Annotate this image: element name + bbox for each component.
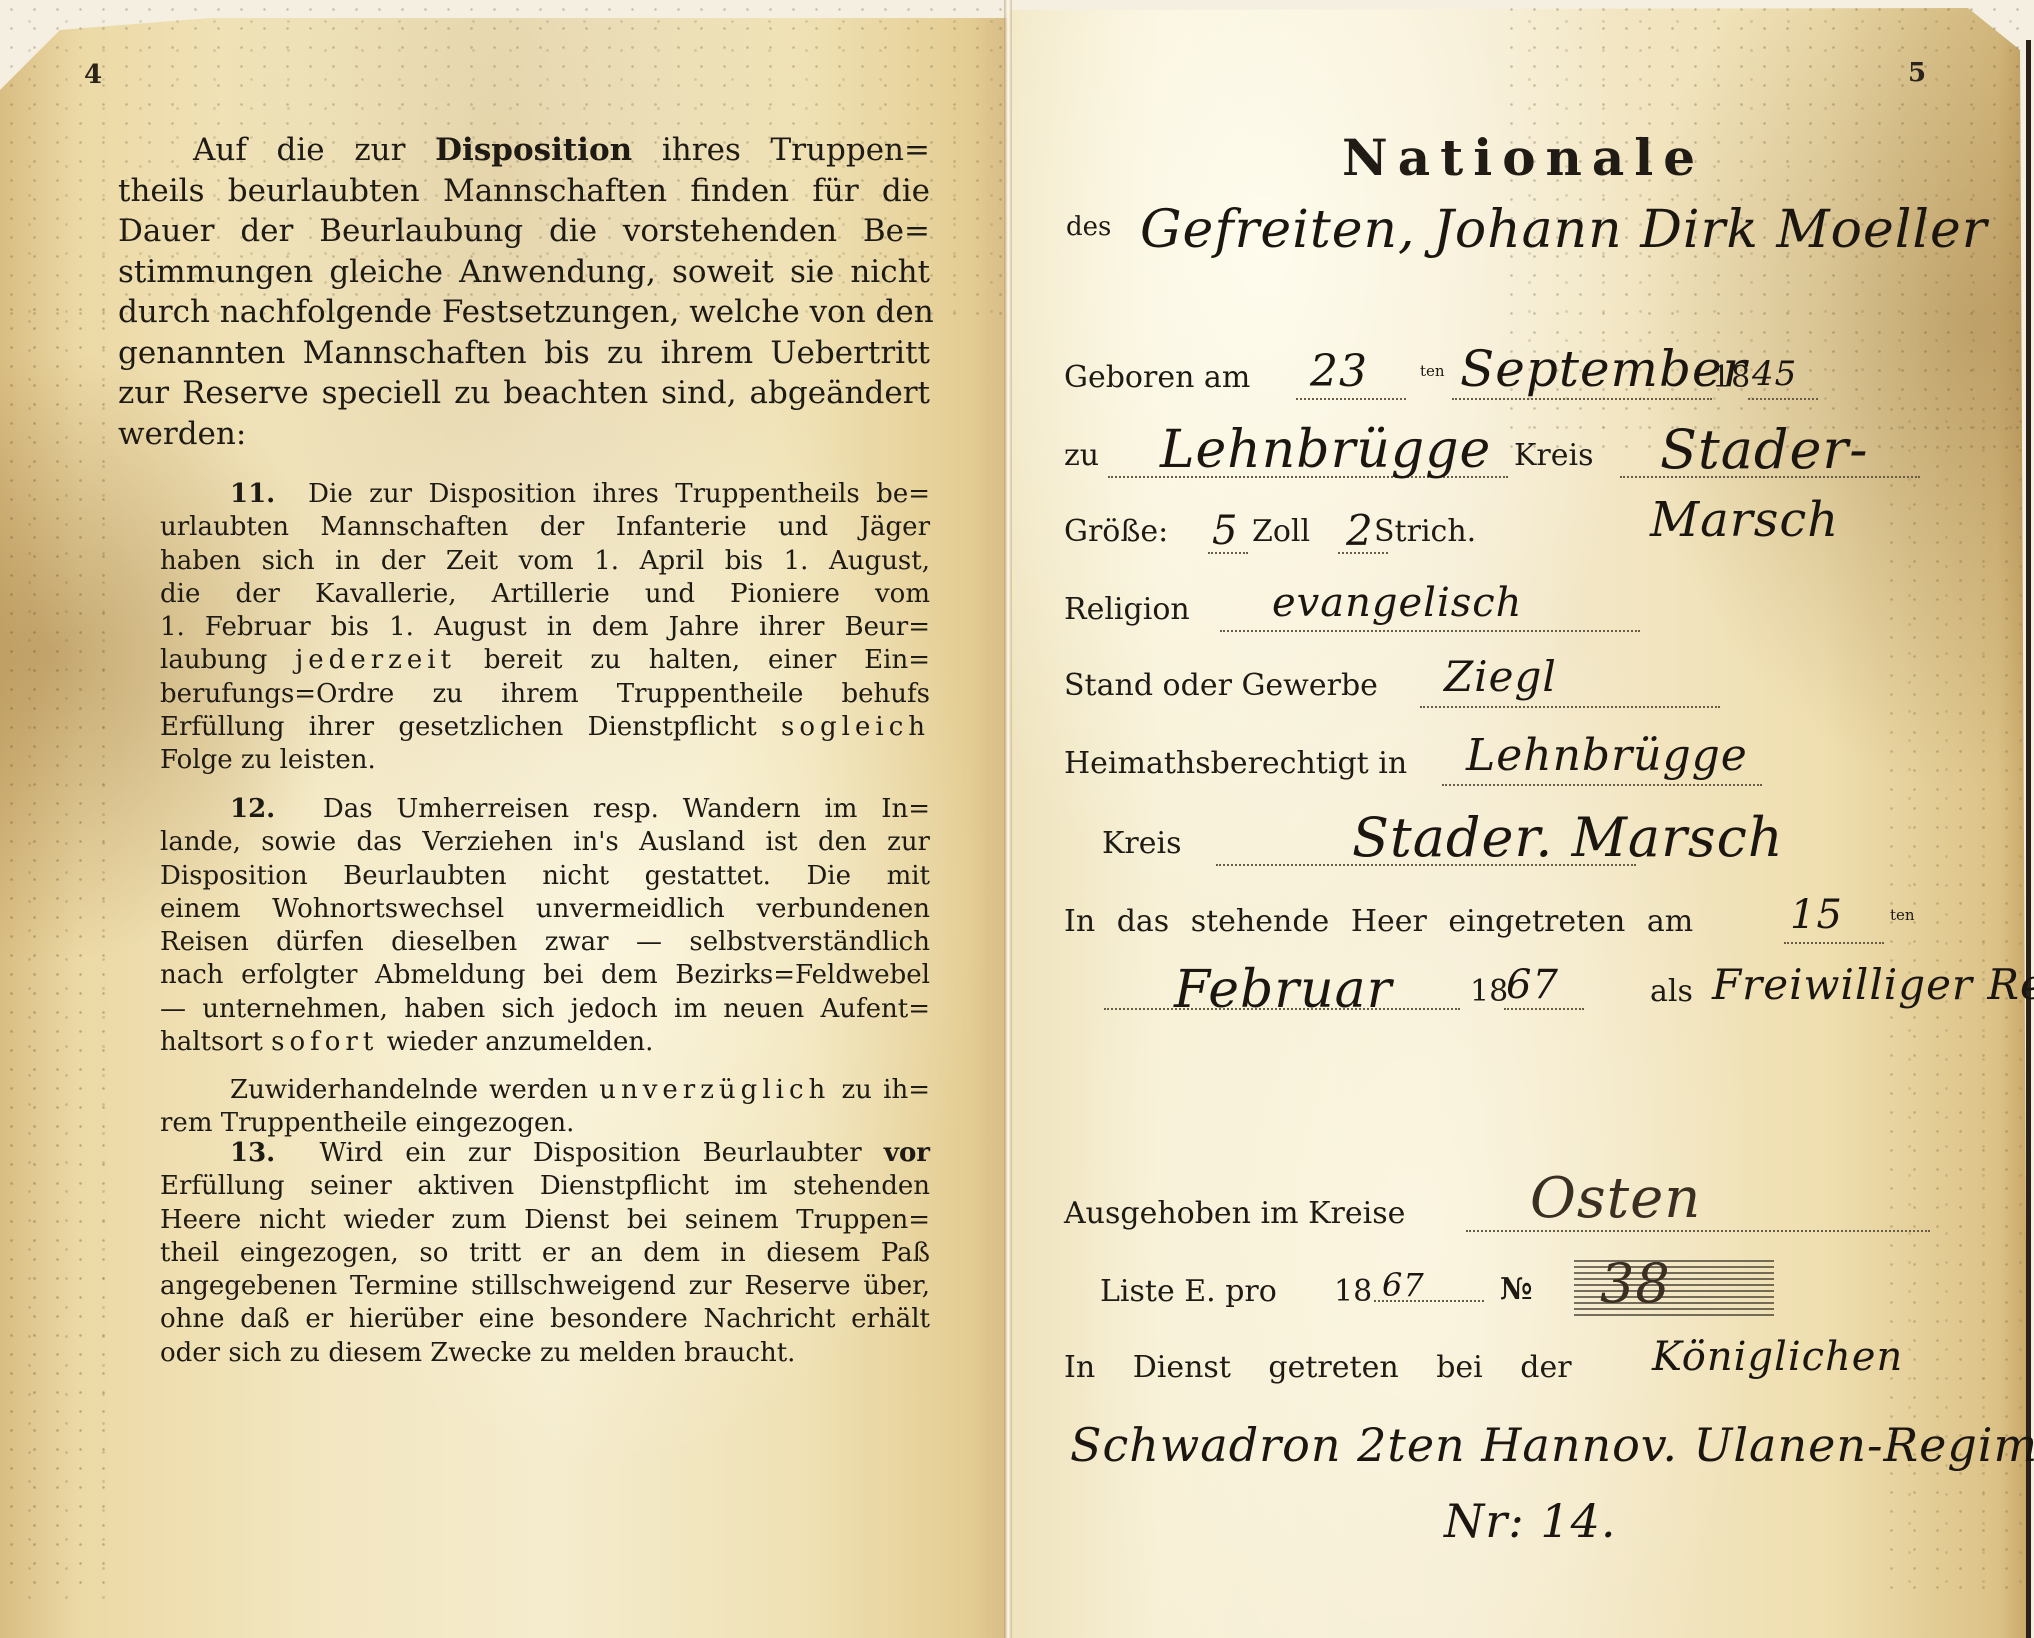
text-line: zur Reserve speciell zu beachten sind, a… — [118, 373, 930, 414]
text-line: 1. Februar bis 1. August in dem Jahre ih… — [160, 611, 930, 644]
text-line: die der Kavallerie, Artillerie und Pioni… — [160, 578, 930, 611]
text-line: — unternehmen, haben sich jedoch im neue… — [160, 993, 930, 1026]
handwritten-occupation: Ziegl — [1444, 652, 1557, 701]
intro-paragraph: Auf die zur Disposition ihres Truppen= t… — [118, 130, 930, 454]
year-prefix: 18 — [1712, 360, 1750, 395]
text-line: nach erfolgter Abmeldung bei dem Bezirks… — [160, 959, 930, 992]
text-line: rem Truppentheile eingezogen. — [160, 1107, 930, 1140]
text-line: Dauer der Beurlaubung die vorstehenden B… — [118, 211, 930, 252]
text-line: angegebenen Termine stillschweigend zur … — [160, 1270, 930, 1303]
handwritten-kreis: Stader- — [1660, 418, 1868, 481]
text-line: werden: — [118, 414, 930, 455]
text-line: oder sich zu diesem Zwecke zu melden bra… — [160, 1337, 930, 1370]
handwritten-ausgehoben: Osten — [1530, 1166, 1701, 1231]
text-line: haben sich in der Zeit vom 1. April bis … — [160, 545, 930, 578]
page-title: Nationale — [1342, 128, 1705, 187]
handwritten-heimath: Lehnbrügge — [1466, 730, 1748, 781]
handwritten-entry-day: 15 — [1790, 892, 1843, 938]
handwritten-birth-year: 45 — [1752, 354, 1797, 394]
text-line: Reisen dürfen dieselben zwar — selbstver… — [160, 926, 930, 959]
text-line: Auf die zur Disposition ihres Truppen= — [118, 130, 930, 171]
label-zoll: Zoll — [1252, 514, 1310, 549]
fill-line — [1748, 398, 1818, 400]
text-line: laubung jederzeit bereit zu halten, eine… — [160, 644, 930, 677]
text-line: Erfüllung seiner aktiven Dienstpflicht i… — [160, 1170, 930, 1203]
rule-number: 11. — [230, 479, 275, 509]
label-number: № — [1500, 1272, 1533, 1307]
suffix-ten: ten — [1420, 362, 1445, 380]
handwritten-religion: evangelisch — [1272, 580, 1522, 626]
book-spine — [1004, 0, 1012, 1638]
text-line: 11. Die zur Disposition ihres Truppenthe… — [160, 478, 930, 511]
label-strich: Strich. — [1374, 514, 1476, 549]
fill-line — [1504, 1008, 1584, 1010]
rule-number: 12. — [230, 794, 275, 824]
label-als: als — [1650, 974, 1693, 1009]
label-religion: Religion — [1064, 592, 1190, 627]
label-ausgehoben: Ausgehoben im Kreise — [1064, 1196, 1405, 1231]
fill-line — [1452, 398, 1712, 400]
handwritten-kreis-continued: Marsch — [1650, 492, 1839, 548]
suffix-ten: ten — [1890, 906, 1915, 924]
text-line: stimmungen gleiche Anwendung, soweit sie… — [118, 252, 930, 293]
handwritten-unit-line-3: Nr: 14. — [1444, 1494, 1617, 1548]
fill-line — [1784, 942, 1884, 944]
text-line: 12. Das Umherreisen resp. Wandern im In= — [160, 793, 930, 826]
handwritten-liste-year: 67 — [1382, 1266, 1425, 1304]
label-eingetreten: In das stehende Heer eingetreten am — [1064, 904, 1693, 939]
page-number-right: 5 — [1908, 58, 1926, 88]
rule-11: 11. Die zur Disposition ihres Truppenthe… — [160, 478, 930, 778]
handwritten-entry-month: Februar — [1174, 960, 1393, 1020]
text-line: haltsort sofort wieder anzumelden. — [160, 1026, 930, 1059]
label-geboren: Geboren am — [1064, 360, 1250, 395]
text-line: durch nachfolgende Festsetzungen, welche… — [118, 292, 930, 333]
text-line: lande, sowie das Verziehen in's Ausland … — [160, 826, 930, 859]
text-line: genannten Mannschaften bis zu ihrem Uebe… — [118, 333, 930, 374]
handwritten-name: Gefreiten, Johann Dirk Moeller — [1140, 200, 1988, 260]
text-line: berufungs=Ordre zu ihrem Truppentheile b… — [160, 678, 930, 711]
rule-12-addendum: Zuwiderhandelnde werden unverzüglich zu … — [160, 1074, 930, 1141]
label-heimath: Heimathsberechtigt in — [1064, 746, 1407, 781]
label-groesse: Größe: — [1064, 514, 1168, 549]
page-number-left: 4 — [84, 60, 102, 90]
handwritten-als: Freiwilliger Rekrut — [1712, 960, 2034, 1009]
text-line: Zuwiderhandelnde werden unverzüglich zu … — [160, 1074, 930, 1107]
fill-line — [1442, 784, 1762, 786]
text-line: 13. Wird ein zur Disposition Beurlaubter… — [160, 1137, 930, 1170]
label-zu: zu — [1064, 438, 1099, 473]
fill-line — [1296, 398, 1406, 400]
text-line: Erfüllung ihrer gesetzlichen Dienstpflic… — [160, 711, 930, 744]
handwritten-birthplace: Lehnbrügge — [1160, 420, 1491, 480]
handwritten-strich: 2 — [1346, 506, 1374, 555]
label-dienst: In Dienst getreten bei der — [1064, 1350, 1572, 1385]
label-kreis: Kreis — [1514, 438, 1594, 473]
text-line: theil eingezogen, so tritt er an dem in … — [160, 1237, 930, 1270]
text-line: Folge zu leisten. — [160, 744, 930, 777]
book-cover-edge — [2026, 40, 2031, 1638]
text-line: einem Wohnortswechsel unvermeidlich verb… — [160, 893, 930, 926]
handwritten-liste-number: 38 — [1600, 1252, 1671, 1315]
text-line: urlaubten Mannschaften der Infanterie un… — [160, 511, 930, 544]
text-line: theils beurlaubten Mannschaften finden f… — [118, 171, 930, 212]
handwritten-unit-line-1: Königlichen — [1652, 1334, 1903, 1380]
rule-number: 13. — [230, 1138, 275, 1168]
rule-12: 12. Das Umherreisen resp. Wandern im In=… — [160, 793, 930, 1059]
text-line: Heere nicht wieder zum Dienst bei seinem… — [160, 1204, 930, 1237]
handwritten-kreis-2: Stader. Marsch — [1352, 806, 1784, 869]
label-kreis-2: Kreis — [1102, 826, 1182, 861]
year-prefix: 18 — [1334, 1274, 1372, 1309]
label-liste: Liste E. pro — [1100, 1274, 1277, 1309]
year-prefix: 18 — [1470, 974, 1508, 1009]
label-stand: Stand oder Gewerbe — [1064, 668, 1378, 703]
fill-line — [1220, 630, 1640, 632]
label-des: des — [1066, 212, 1111, 242]
handwritten-unit-line-2: Schwadron 2ten Hannov. Ulanen-Regiments — [1070, 1418, 2034, 1472]
handwritten-fuss: 5 — [1212, 508, 1238, 554]
handwritten-birth-day: 23 — [1310, 346, 1368, 397]
fill-line — [1420, 706, 1720, 708]
text-line: ohne daß er hierüber eine besondere Nach… — [160, 1303, 930, 1336]
rule-13: 13. Wird ein zur Disposition Beurlaubter… — [160, 1137, 930, 1370]
handwritten-entry-year: 67 — [1506, 962, 1559, 1008]
handwritten-birth-month: September — [1460, 340, 1747, 398]
text-line: Disposition Beurlaubten nicht gestattet.… — [160, 860, 930, 893]
